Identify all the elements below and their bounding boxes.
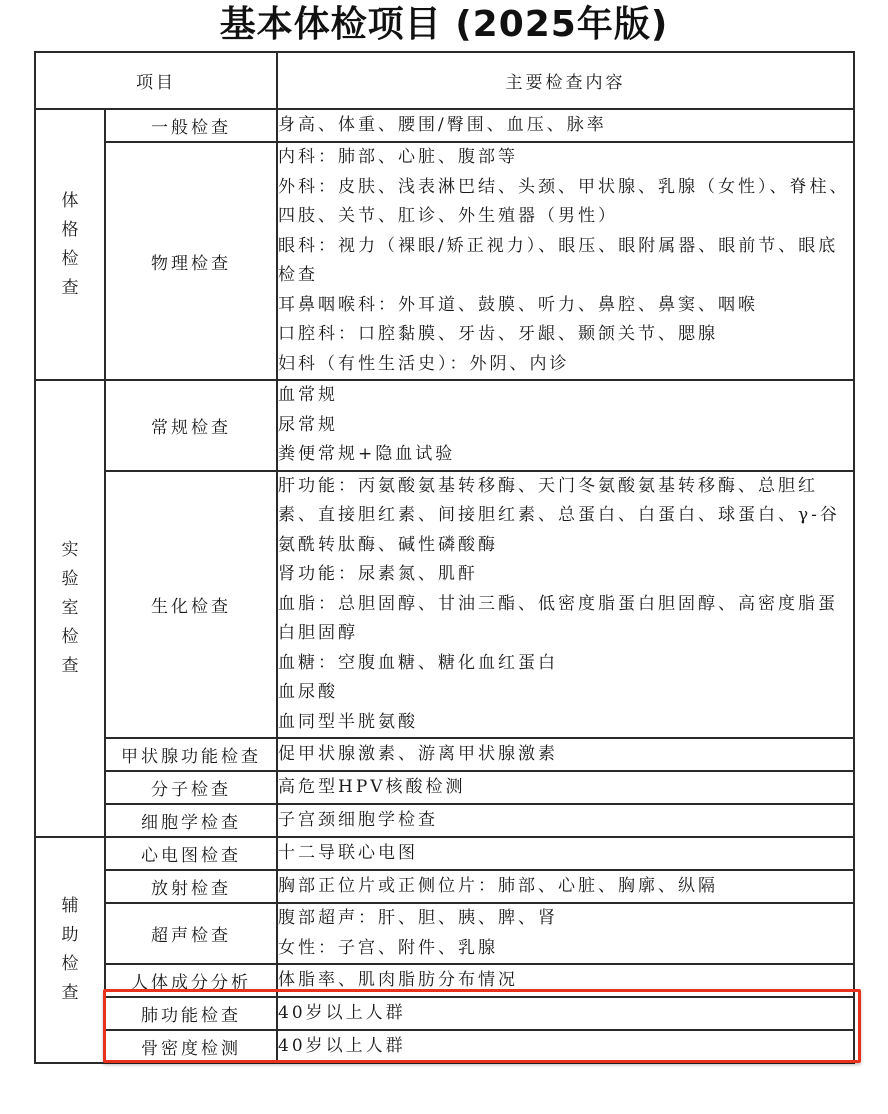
table-row: 辅助检查 心电图检查 十二导联心电图 [35,837,854,870]
content-line: 耳鼻咽喉科：外耳道、鼓膜、听力、鼻腔、鼻窦、咽喉 [278,291,853,321]
sub-item-cell: 生化检查 [105,471,277,739]
page-title: 基本体检项目 (2025年版) [0,2,888,48]
content-cell: 血常规 尿常规 粪便常规+隐血试验 [277,380,854,471]
table-row: 甲状腺功能检查 促甲状腺激素、游离甲状腺激素 [35,738,854,771]
content-line: 十二导联心电图 [278,839,853,869]
sub-item-cell: 细胞学检查 [105,804,277,837]
table-row: 人体成分分析 体脂率、肌肉脂肪分布情况 [35,964,854,997]
content-cell: 促甲状腺激素、游离甲状腺激素 [277,738,854,771]
content-line: 血脂：总胆固醇、甘油三酯、低密度脂蛋白胆固醇、高密度脂蛋白胆固醇 [278,590,853,649]
sub-item-cell: 分子检查 [105,771,277,804]
sub-item-cell: 肺功能检查 [105,997,277,1030]
table-row: 超声检查 腹部超声：肝、胆、胰、脾、肾 女性：子宫、附件、乳腺 [35,903,854,964]
content-cell: 体脂率、肌肉脂肪分布情况 [277,964,854,997]
sub-item-cell: 人体成分分析 [105,964,277,997]
content-cell: 高危型HPV核酸检测 [277,771,854,804]
sub-item-cell: 放射检查 [105,870,277,903]
table-row: 实验室检查 常规检查 血常规 尿常规 粪便常规+隐血试验 [35,380,854,471]
content-line: 眼科：视力（裸眼/矫正视力）、眼压、眼附属器、眼前节、眼底检查 [278,232,853,291]
sub-item-cell: 一般检查 [105,109,277,142]
content-line: 肝功能：丙氨酸氨基转移酶、天门冬氨酸氨基转移酶、总胆红素、直接胆红素、间接胆红素… [278,472,853,561]
table-row: 放射检查 胸部正位片或正侧位片：肺部、心脏、胸廓、纵隔 [35,870,854,903]
content-line: 血糖：空腹血糖、糖化血红蛋白 [278,649,853,679]
table-row: 生化检查 肝功能：丙氨酸氨基转移酶、天门冬氨酸氨基转移酶、总胆红素、直接胆红素、… [35,471,854,739]
content-line: 胸部正位片或正侧位片：肺部、心脏、胸廓、纵隔 [278,872,853,902]
content-cell: 胸部正位片或正侧位片：肺部、心脏、胸廓、纵隔 [277,870,854,903]
content-cell: 肝功能：丙氨酸氨基转移酶、天门冬氨酸氨基转移酶、总胆红素、直接胆红素、间接胆红素… [277,471,854,739]
content-cell: 40岁以上人群 [277,1030,854,1063]
category-cell: 辅助检查 [35,837,105,1063]
category-label: 体格检查 [59,187,81,303]
content-line: 腹部超声：肝、胆、胰、脾、肾 [278,904,853,934]
content-line: 40岁以上人群 [278,999,853,1029]
category-cell: 实验室检查 [35,380,105,837]
content-cell: 腹部超声：肝、胆、胰、脾、肾 女性：子宫、附件、乳腺 [277,903,854,964]
table-row: 物理检查 内科：肺部、心脏、腹部等 外科：皮肤、浅表淋巴结、头颈、甲状腺、乳腺（… [35,142,854,380]
sub-item-cell: 常规检查 [105,380,277,471]
content-line: 血尿酸 [278,678,853,708]
table-row: 分子检查 高危型HPV核酸检测 [35,771,854,804]
category-label: 实验室检查 [59,536,81,681]
header-content: 主要检查内容 [277,52,854,109]
content-line: 血常规 [278,381,853,411]
header-item: 项目 [35,52,277,109]
sub-item-cell: 甲状腺功能检查 [105,738,277,771]
content-line: 促甲状腺激素、游离甲状腺激素 [278,740,853,770]
exam-items-table: 项目 主要检查内容 体格检查 一般检查 身高、体重、腰围/臀围、血压、脉率 物理… [34,51,855,1064]
category-label: 辅助检查 [59,892,81,1008]
table-header-row: 项目 主要检查内容 [35,52,854,109]
content-line: 肾功能：尿素氮、肌酐 [278,560,853,590]
content-line: 高危型HPV核酸检测 [278,773,853,803]
sub-item-cell: 物理检查 [105,142,277,380]
content-cell: 内科：肺部、心脏、腹部等 外科：皮肤、浅表淋巴结、头颈、甲状腺、乳腺（女性）、脊… [277,142,854,380]
content-line: 粪便常规+隐血试验 [278,440,853,470]
table-row: 体格检查 一般检查 身高、体重、腰围/臀围、血压、脉率 [35,109,854,142]
content-line: 身高、体重、腰围/臀围、血压、脉率 [278,111,853,141]
content-line: 尿常规 [278,411,853,441]
content-cell: 十二导联心电图 [277,837,854,870]
content-line: 妇科（有性生活史）：外阴、内诊 [278,350,853,380]
content-cell: 40岁以上人群 [277,997,854,1030]
content-line: 体脂率、肌肉脂肪分布情况 [278,966,853,996]
content-line: 口腔科：口腔黏膜、牙齿、牙龈、颞颌关节、腮腺 [278,320,853,350]
category-cell: 体格检查 [35,109,105,380]
content-line: 血同型半胱氨酸 [278,708,853,738]
table-row: 细胞学检查 子宫颈细胞学检查 [35,804,854,837]
content-line: 子宫颈细胞学检查 [278,806,853,836]
sub-item-cell: 骨密度检测 [105,1030,277,1063]
content-cell: 子宫颈细胞学检查 [277,804,854,837]
table-row-highlighted: 骨密度检测 40岁以上人群 [35,1030,854,1063]
table-row-highlighted: 肺功能检查 40岁以上人群 [35,997,854,1030]
content-line: 40岁以上人群 [278,1032,853,1062]
content-line: 女性：子宫、附件、乳腺 [278,934,853,964]
sub-item-cell: 超声检查 [105,903,277,964]
sub-item-cell: 心电图检查 [105,837,277,870]
content-line: 内科：肺部、心脏、腹部等 [278,143,853,173]
content-line: 外科：皮肤、浅表淋巴结、头颈、甲状腺、乳腺（女性）、脊柱、四肢、关节、肛诊、外生… [278,173,853,232]
content-cell: 身高、体重、腰围/臀围、血压、脉率 [277,109,854,142]
